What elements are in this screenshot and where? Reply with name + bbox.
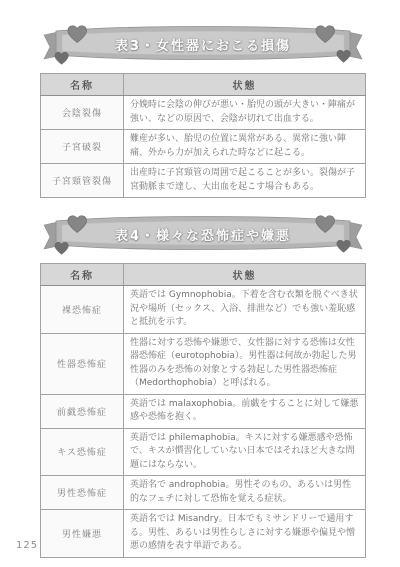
table3: 名称 状態 会陰裂傷分娩時に会陰の伸びが悪い・胎児の頭が大きい・陣痛が強い、など…: [40, 73, 366, 198]
column-header-name: 名称: [41, 264, 124, 286]
row-state: 英語名では Misandry。日本でもミサンドリーで通用する。男性、あるいは男性…: [124, 510, 366, 558]
table-header-row: 名称 状態: [41, 264, 366, 286]
table4: 名称 状態 裸恐怖症英語では Gymnophobia。下着を含む衣類を脱ぐべき状…: [40, 263, 366, 558]
column-header-state: 状態: [124, 264, 366, 286]
table-row: 性器恐怖症性器に対する恐怖や嫌悪で、女性器に対する恐怖は女性器恐怖症（eurot…: [41, 333, 366, 394]
row-name: 会陰裂傷: [41, 96, 124, 130]
table4-banner-title: 表4・様々な恐怖症や嫌悪: [40, 225, 366, 244]
table-row: キス恐怖症英語では philemaphobia。キスに対する嫌悪感や恐怖で、キス…: [41, 428, 366, 476]
column-header-state: 状態: [124, 74, 366, 96]
table-row: 男性恐怖症英語名で androphobia。男性そのもの、あるいは男性的なフェチ…: [41, 476, 366, 510]
document-page: 表3・女性器におこる損傷 名称 状態 会陰裂傷分娩時に会陰の伸びが悪い・胎児の頭…: [40, 22, 366, 558]
page-number: 125: [16, 540, 38, 551]
row-name: 子宮破裂: [41, 130, 124, 164]
table-row: 前戯恐怖症英語では malaxophobia。前戯をすることに対して嫌悪感や恐怖…: [41, 394, 366, 428]
row-name: 性器恐怖症: [41, 333, 124, 394]
table3-banner-title: 表3・女性器におこる損傷: [40, 35, 366, 54]
table3-banner: 表3・女性器におこる損傷: [40, 22, 366, 68]
row-state: 英語では malaxophobia。前戯をすることに対して嫌悪感や恐怖を抱く。: [124, 394, 366, 428]
column-header-name: 名称: [41, 74, 124, 96]
row-state: 英語では Gymnophobia。下着を含む衣類を脱ぐべき状況や場所（セックス、…: [124, 286, 366, 334]
table4-banner: 表4・様々な恐怖症や嫌悪: [40, 212, 366, 258]
row-name: 裸恐怖症: [41, 286, 124, 334]
row-name: 男性恐怖症: [41, 476, 124, 510]
row-name: 子宮頸管裂傷: [41, 164, 124, 198]
row-state: 難産が多い、胎児の位置に異常がある、異常に強い陣痛、外から力が加えられた時などに…: [124, 130, 366, 164]
row-state: 英語では philemaphobia。キスに対する嫌悪感や恐怖で、キスが慣習化し…: [124, 428, 366, 476]
table-row: 男性嫌悪英語名では Misandry。日本でもミサンドリーで通用する。男性、ある…: [41, 510, 366, 558]
table4-section: 表4・様々な恐怖症や嫌悪 名称 状態 裸恐怖症英語では Gymnophobia。…: [40, 212, 366, 558]
table-header-row: 名称 状態: [41, 74, 366, 96]
table-row: 子宮破裂難産が多い、胎児の位置に異常がある、異常に強い陣痛、外から力が加えられた…: [41, 130, 366, 164]
row-name: キス恐怖症: [41, 428, 124, 476]
row-state: 性器に対する恐怖や嫌悪で、女性器に対する恐怖は女性器恐怖症（eurotophob…: [124, 333, 366, 394]
row-state: 出産時に子宮頸管の周囲で起こることが多い。裂傷が子宮動脈まで達し、大出血を起こす…: [124, 164, 366, 198]
table-row: 会陰裂傷分娩時に会陰の伸びが悪い・胎児の頭が大きい・陣痛が強い、などの原因で、会…: [41, 96, 366, 130]
row-state: 英語名で androphobia。男性そのもの、あるいは男性的なフェチに対して恐…: [124, 476, 366, 510]
row-name: 男性嫌悪: [41, 510, 124, 558]
row-name: 前戯恐怖症: [41, 394, 124, 428]
table3-section: 表3・女性器におこる損傷 名称 状態 会陰裂傷分娩時に会陰の伸びが悪い・胎児の頭…: [40, 22, 366, 198]
row-state: 分娩時に会陰の伸びが悪い・胎児の頭が大きい・陣痛が強い、などの原因で、会陰が切れ…: [124, 96, 366, 130]
table-row: 子宮頸管裂傷出産時に子宮頸管の周囲で起こることが多い。裂傷が子宮動脈まで達し、大…: [41, 164, 366, 198]
table-row: 裸恐怖症英語では Gymnophobia。下着を含む衣類を脱ぐべき状況や場所（セ…: [41, 286, 366, 334]
